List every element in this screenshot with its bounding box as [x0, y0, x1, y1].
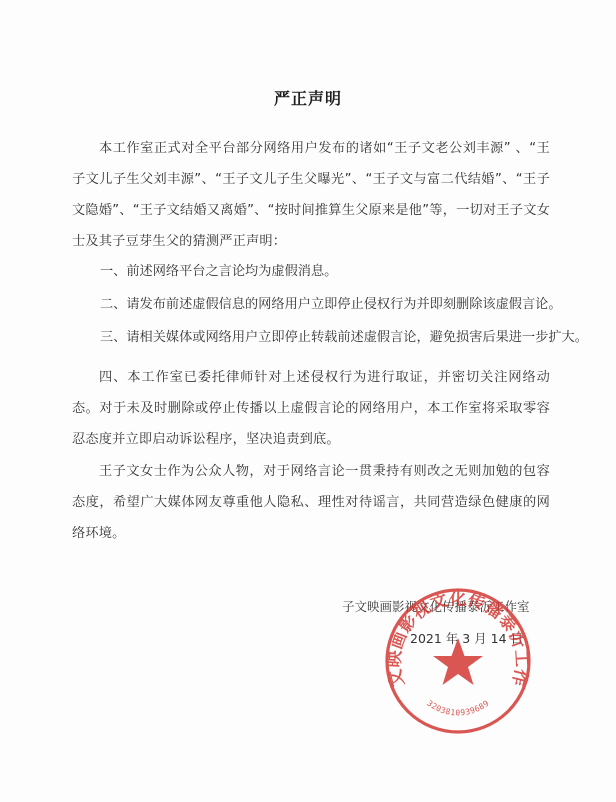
- intro-paragraph: 本工作室正式对全平台部分网络用户发布的诸如“王子文老公刘丰源” 、“王子文儿子生…: [72, 133, 550, 257]
- item-3: 三、请相关媒体或网络用户立即停止转载前述虚假言论，避免损害后果进一步扩大。: [100, 328, 570, 348]
- statement-page: 严正声明 本工作室正式对全平台部分网络用户发布的诸如“王子文老公刘丰源” 、“王…: [0, 0, 616, 802]
- star-icon: [433, 638, 483, 685]
- closing-paragraph: 王子文女士作为公众人物，对于网络言论一贯秉持有则改之无则加勉的包容态度，希望广大…: [72, 456, 550, 549]
- svg-text:3203810939689: 3203810939689: [425, 699, 491, 718]
- item-1: 一、前述网络平台之言论均为虚假消息。: [100, 262, 570, 282]
- official-seal-stamp: 子文映画影视文化传播泰沂工作室 3203810939689: [383, 586, 533, 736]
- document-title: 严正声明: [0, 86, 616, 109]
- item-2: 二、请发布前述虚假信息的网络用户立即停止侵权行为并即刻删除该虚假言论。: [100, 295, 570, 315]
- stamp-number: 3203810939689: [425, 699, 491, 718]
- item-4-paragraph: 四、本工作室已委托律师针对上述侵权行为进行取证，并密切关注网络动态。对于未及时删…: [72, 362, 550, 455]
